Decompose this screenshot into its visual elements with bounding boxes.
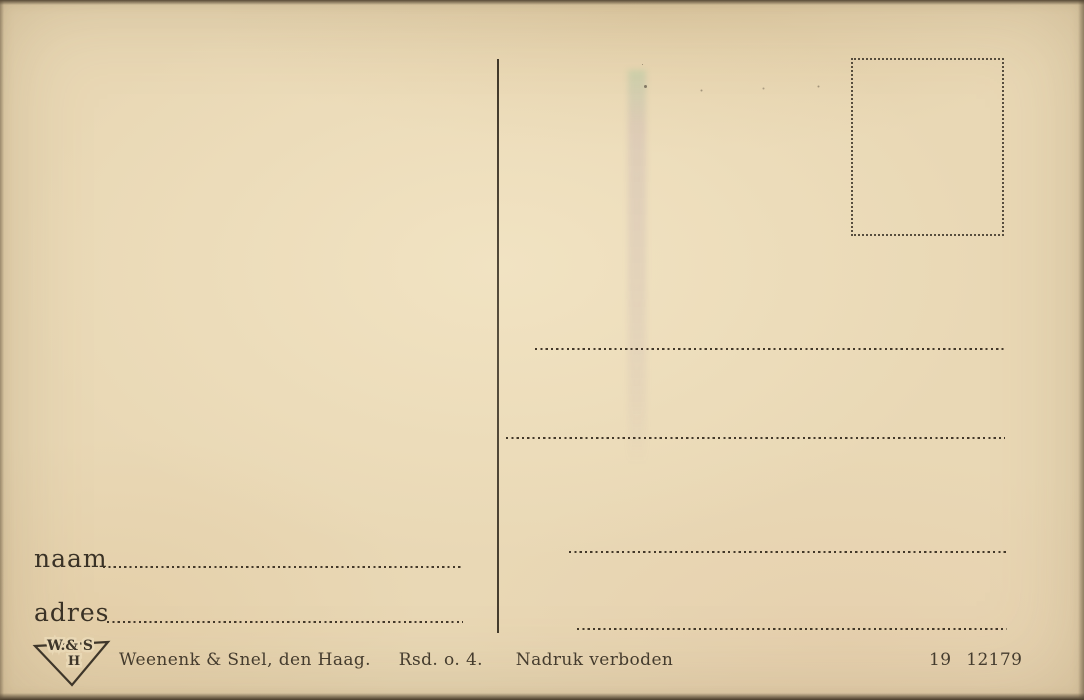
logo-text-bottom: H: [68, 654, 80, 669]
serial-plate: 19: [929, 650, 951, 670]
address-dotted-line-2: [506, 437, 1005, 439]
address-label: adres: [34, 598, 109, 627]
paper-specks: [644, 85, 647, 88]
publisher-logo: W.& S H: [28, 635, 116, 691]
divider-line: [497, 59, 499, 633]
paper-stain: [628, 70, 646, 465]
publisher-name: Weenenk & Snel, den Haag.: [119, 650, 371, 670]
address-dotted-line-1: [535, 348, 1005, 350]
scan-edge-left: [0, 0, 4, 700]
address-dotted-line: [107, 621, 463, 623]
series-code: Rsd. o. 4.: [399, 650, 483, 670]
scan-edge-top: [0, 0, 1084, 5]
address-dotted-line-3: [569, 551, 1007, 553]
stamp-box: [851, 58, 1004, 236]
name-label: naam: [34, 544, 108, 573]
reprint-notice: Nadruk verboden: [516, 650, 673, 670]
scan-edge-bottom: [0, 693, 1084, 700]
serial-number: 19 12179: [929, 650, 1022, 670]
scan-edge-right: [1078, 0, 1084, 700]
address-dotted-line-4: [577, 628, 1007, 630]
logo-text-top: W.& S: [46, 638, 93, 654]
publisher-imprint: Weenenk & Snel, den Haag. Rsd. o. 4. Nad…: [119, 650, 673, 670]
serial-digits: 12179: [966, 650, 1022, 670]
postcard-back: naam adres W.& S H Weenenk & Snel, den H…: [0, 0, 1084, 700]
name-dotted-line: [103, 566, 463, 568]
